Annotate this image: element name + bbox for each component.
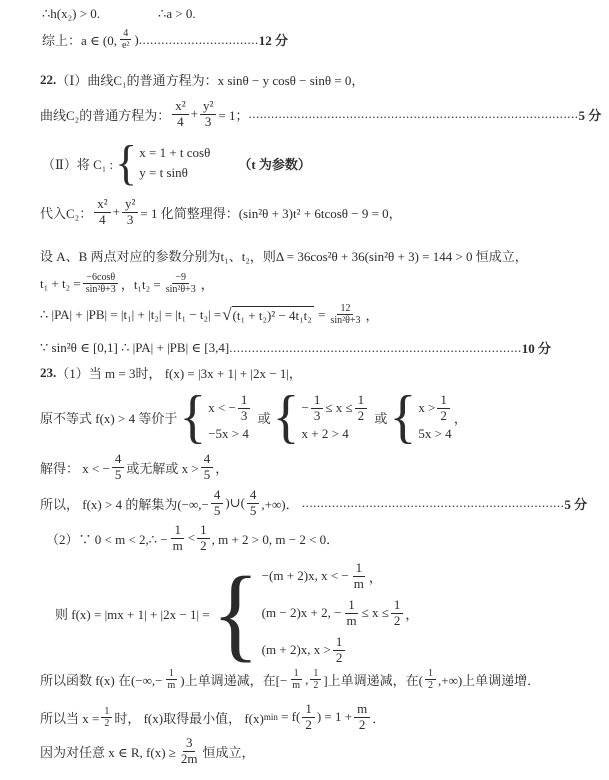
case-row: −13≤ x ≤12 (302, 393, 370, 424)
line-delta: 设 A、B 两点对应的参数分别为t₁、t₂，则Δ = 36cos²θ + 36(… (40, 246, 528, 265)
text-seg: （2）∵ 0 < m < 2,∴ − (46, 529, 168, 548)
fraction: 12 (302, 702, 315, 733)
case-row: x + 2 > 4 (302, 426, 349, 442)
fraction: 45 (112, 452, 125, 483)
text-seg: )∪( (225, 495, 245, 511)
fraction: 45 (211, 488, 224, 519)
text-seg: = 1； (218, 105, 248, 124)
text-seg: ， (201, 274, 214, 293)
case-row: (m − 2)x + 2, −1m≤ x ≤12， (262, 598, 419, 629)
dot-leader: ........................................… (248, 106, 578, 122)
fraction: 12 (333, 635, 346, 666)
problem-number: 23. (40, 365, 56, 381)
text-seg: + (191, 106, 198, 122)
fraction: y²3 (200, 99, 216, 130)
fraction: −6cosθsin²θ+3 (83, 272, 119, 295)
left-brace: { (212, 569, 260, 658)
case-group-1: { x < −13 −5x > 4 (179, 392, 252, 443)
fraction: 1m (351, 561, 367, 592)
left-brace: { (273, 392, 300, 442)
line-monotonicity: 所以函数 f(x) 在(−∞,− 1m )上单调递减，在[− 1m , 12 ]… (40, 668, 540, 691)
line-substitute-c2: 代入C₂： x²4 + y²3 = 1 化简整理得：(sin²θ + 3)t² … (40, 197, 402, 228)
text-seg: 原不等式 f(x) > 4 等价于 (40, 408, 177, 427)
radicand: (t₁ + t₂)² − 4t₁t₂ (232, 306, 314, 324)
fraction: 12 (391, 598, 404, 629)
line-23-part1: 23. （1）当 m = 3时， f(x) = |3x + 1| + |2x −… (40, 363, 302, 382)
line-range-conclusion: ∵ sin²θ ∈ [0,1] ∴ |PA| + |PB| ∈ [3,4] ..… (40, 338, 551, 357)
sqrt-sign: √ (222, 306, 231, 323)
text-seg: 设 A、B 两点对应的参数分别为t₁、t₂，则Δ = 36cos²θ + 36(… (40, 246, 528, 265)
fraction: 1m (170, 523, 186, 554)
text-seg: )上单调递减，在[− (180, 670, 287, 689)
text-seg: 或无解或 x > (126, 458, 198, 477)
text-seg: 所以函数 f(x) 在(−∞,− (40, 670, 163, 689)
fraction: 1m (165, 668, 179, 691)
fraction: 13 (311, 393, 324, 424)
line-vieta: t₁ + t₂ = −6cosθsin²θ+3 ，t₁t₂ = −9sin²θ+… (40, 272, 214, 295)
text-seg: ∴h(x₂) > 0. (42, 6, 100, 22)
text-seg: 曲线C₂的普通方程为： (40, 105, 170, 124)
case-row: x >12 (418, 393, 452, 424)
text-seg: ∴ |PA| + |PB| = |t₁| + |t₂| = |t₁ − t₂| … (40, 307, 221, 323)
text-seg: 综上：a ∈ (0, (42, 30, 117, 49)
line-inequality-cases: 原不等式 f(x) > 4 等价于 { x < −13 −5x > 4 或 { … (40, 392, 467, 443)
fraction: 12sin²θ+3 (327, 303, 363, 326)
fraction: 45 (201, 452, 214, 483)
line-minimum: 所以当 x = 12 时， f(x)取得最小值， f(x) min = f( 1… (40, 702, 385, 733)
dot-leader: ........................................… (229, 340, 522, 356)
case-row: (m + 2)x, x >12 (262, 635, 348, 666)
fraction: 13 (238, 393, 251, 424)
line-conclusion: ∴h(x₂) > 0. ∴a > 0. (42, 6, 196, 22)
left-brace: { (179, 392, 206, 442)
text-seg: = f( (278, 709, 301, 725)
text-seg: ． (372, 708, 385, 727)
case-row: −5x > 4 (208, 426, 249, 442)
text-seg: ]上单调递减，在( (323, 670, 423, 689)
fraction: 1m (343, 598, 359, 629)
text-seg: 或 (371, 408, 387, 427)
dot-leader: ........................................… (302, 495, 565, 511)
min-subscript: min (264, 712, 278, 722)
line-23-part2-conditions: （2）∵ 0 < m < 2,∴ − 1m < 12 , m + 2 > 0, … (46, 523, 339, 554)
text-seg: , (305, 672, 308, 688)
text-seg: = 1 化简整理得：(sin²θ + 3)t² + 6tcosθ − 9 = 0… (140, 203, 401, 222)
fraction: 32m (178, 736, 201, 767)
text-seg: ∴a > 0. (158, 6, 196, 22)
line-solve: 解得： x < − 45 或无解或 x > 45 ， (40, 452, 228, 483)
text-seg: 解得： x < − (40, 458, 110, 477)
text-seg: 或 (254, 408, 270, 427)
text-seg: ,+∞)． (261, 494, 301, 513)
fraction: 12 (437, 393, 450, 424)
sqrt-radical: √ (t₁ + t₂)² − 4t₁t₂ (222, 306, 314, 324)
case-group-2: { −13≤ x ≤12 x + 2 > 4 (273, 392, 370, 443)
text-seg: （Ⅰ）曲线C₁的普通方程为：x sinθ − y cosθ − sinθ = 0… (56, 70, 364, 89)
text-seg: < (188, 530, 195, 546)
piecewise-cases: { −(m + 2)x, x < −1m， (m − 2)x + 2, −1m≤… (212, 558, 419, 669)
fraction: x²4 (172, 99, 188, 130)
fraction: 12 (101, 706, 112, 729)
fraction: x²4 (94, 197, 110, 228)
text-seg: , m + 2 > 0, m − 2 < 0． (212, 529, 340, 548)
text-seg: 所以当 x = (40, 708, 99, 727)
text-seg: 代入C₂： (40, 203, 92, 222)
case-row: x = 1 + t cosθ (139, 145, 210, 161)
text-seg: ,+∞)上单调递增． (438, 670, 540, 689)
text-seg: 因为对任意 x ∈ R, f(x) ≥ (40, 742, 176, 761)
line-pa-pb: ∴ |PA| + |PB| = |t₁| + |t₂| = |t₁ − t₂| … (40, 303, 379, 326)
text-seg: 恒成立， (203, 742, 255, 761)
text-seg: ， (454, 408, 467, 427)
text-seg: 时， f(x)取得最小值， f(x) (114, 708, 263, 727)
dot-leader: ................................ (139, 32, 259, 48)
text-seg: ， (366, 305, 379, 324)
text-seg: ) = 1 + (317, 709, 352, 725)
fraction: −9sin²θ+3 (163, 272, 199, 295)
case-row: y = t sinθ (139, 165, 188, 181)
parameter-note: （t 为参数） (238, 154, 311, 173)
text-seg: 所以， f(x) > 4 的解集为(−∞,− (40, 494, 209, 513)
score-label: 5 分 (578, 105, 601, 124)
text-seg: 则 f(x) = |mx + 1| + |2x − 1| = (55, 604, 210, 623)
text-seg: （1）当 m = 3时， f(x) = |3x + 1| + |2x − 1|， (56, 363, 302, 382)
parametric-cases: { x = 1 + t cosθ y = t sinθ (115, 143, 210, 183)
case-row: x < −13 (208, 393, 252, 424)
text-seg: ， (215, 458, 228, 477)
fraction: 12 (197, 523, 210, 554)
problem-number: 22. (40, 72, 56, 88)
line-c2-equation: 曲线C₂的普通方程为： x²4 + y²3 = 1； .............… (40, 99, 601, 130)
fraction: 12 (355, 393, 368, 424)
text-seg: ，t₁t₂ = (121, 274, 161, 293)
line-inequality-holds: 因为对任意 x ∈ R, f(x) ≥ 32m 恒成立， (40, 736, 255, 767)
fraction: 12 (425, 668, 436, 691)
case-row: 5x > 4 (418, 426, 451, 442)
fraction: 12 (310, 668, 321, 691)
score-label: 5 分 (564, 494, 587, 513)
left-brace: { (389, 392, 416, 442)
text-seg: = (315, 307, 326, 323)
line-22-part2-cases: （Ⅱ）将 C₁ : { x = 1 + t cosθ y = t sinθ （t… (42, 143, 311, 183)
case-row: −(m + 2)x, x < −1m， (262, 561, 382, 592)
text-seg: ∵ sin²θ ∈ [0,1] ∴ |PA| + |PB| ∈ [3,4] (40, 340, 229, 356)
line-22-part1: 22. （Ⅰ）曲线C₁的普通方程为：x sinθ − y cosθ − sinθ… (40, 70, 364, 89)
score-label: 10 分 (522, 338, 551, 357)
fraction: y²3 (122, 197, 138, 228)
fraction: 4e² (119, 28, 132, 51)
fraction: 1m (289, 668, 303, 691)
score-label: 12 分 (259, 30, 288, 49)
document-page: ∴h(x₂) > 0. ∴a > 0. 综上：a ∈ (0, 4e² ) ...… (0, 0, 609, 780)
fraction: m2 (354, 702, 370, 733)
fraction: 45 (247, 488, 260, 519)
line-piecewise-function: 则 f(x) = |mx + 1| + |2x − 1| = { −(m + 2… (55, 558, 420, 669)
case-group-3: { x >12 5x > 4 (389, 392, 451, 443)
line-summary: 综上：a ∈ (0, 4e² ) .......................… (42, 28, 288, 51)
text-seg: + (113, 204, 120, 220)
text-seg: （Ⅱ）将 C₁ : (42, 154, 113, 173)
line-solution-set: 所以， f(x) > 4 的解集为(−∞,− 45 )∪( 45 ,+∞)． .… (40, 488, 587, 519)
text-seg: t₁ + t₂ = (40, 276, 81, 292)
left-brace: { (115, 142, 137, 183)
